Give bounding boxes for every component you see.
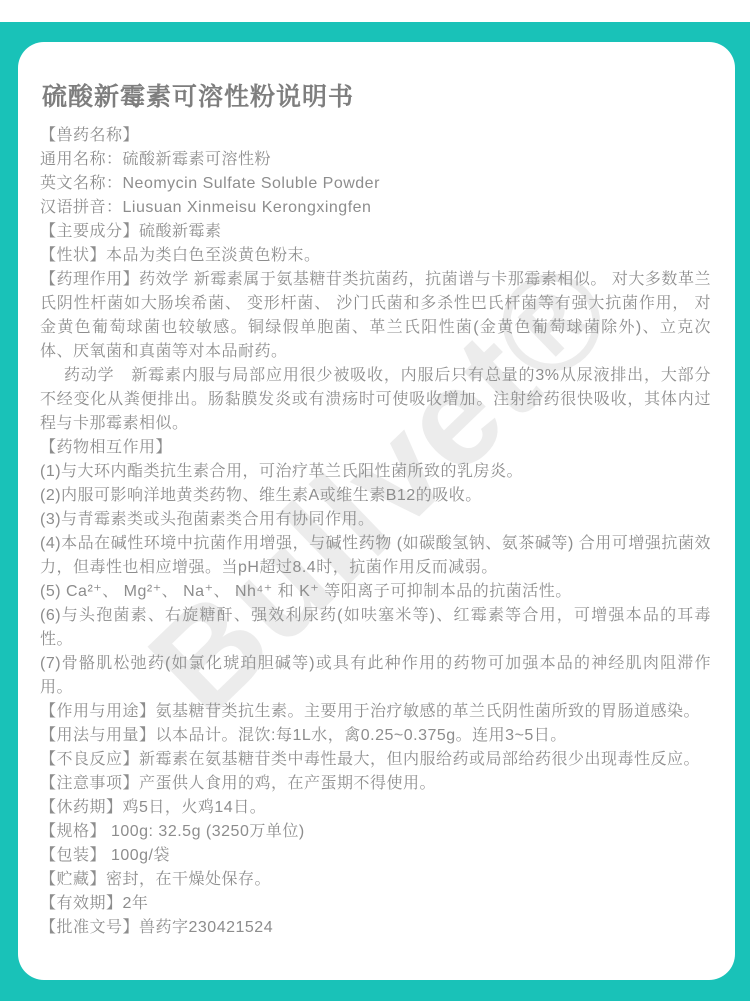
doc-line-interaction-7: (7)骨骼肌松弛药(如氯化琥珀胆碱等)或具有此种作用的药物可加强本品的神经肌肉阻… (40, 652, 711, 700)
page-title: 硫酸新霉素可溶性粉说明书 (42, 82, 711, 112)
instruction-card: Bullvet® 硫酸新霉素可溶性粉说明书 【兽药名称】 通用名称：硫酸新霉素可… (18, 42, 735, 980)
doc-line-withdrawal-period: 【休药期】鸡5日，火鸡14日。 (40, 796, 711, 820)
doc-line-pharmacokinetics: 药动学 新霉素内服与局部应用很少被吸收，内服后只有总量的3%从尿液排出，大部分不… (40, 364, 711, 436)
doc-line-character: 【性状】本品为类白色至淡黄色粉末。 (40, 244, 711, 268)
doc-line-generic-name: 通用名称：硫酸新霉素可溶性粉 (40, 148, 711, 172)
doc-line-packaging: 【包装】 100g/袋 (40, 844, 711, 868)
doc-line-interaction-3: (3)与青霉素类或头孢菌素类合用有协同作用。 (40, 508, 711, 532)
doc-line-interaction-1: (1)与大环内酯类抗生素合用，可治疗革兰氏阳性菌所致的乳房炎。 (40, 460, 711, 484)
doc-line-interaction-5: (5) Ca²⁺、 Mg²⁺、 Na⁺、 Nh⁴⁺ 和 K⁺ 等阳离子可抑制本品… (40, 580, 711, 604)
doc-line-interaction-header: 【药物相互作用】 (40, 436, 711, 460)
doc-line-drug-name-header: 【兽药名称】 (40, 124, 711, 148)
document-content: 硫酸新霉素可溶性粉说明书 【兽药名称】 通用名称：硫酸新霉素可溶性粉 英文名称：… (18, 42, 735, 940)
doc-line-english-name: 英文名称：Neomycin Sulfate Soluble Powder (40, 172, 711, 196)
doc-line-interaction-6: (6)与头孢菌素、右旋糖酐、强效利尿药(如呋塞米等)、红霉素等合用，可增强本品的… (40, 604, 711, 652)
doc-line-dosage: 【用法与用量】以本品计。混饮:每1L水，禽0.25~0.375g。连用3~5日。 (40, 724, 711, 748)
doc-line-interaction-4: (4)本品在碱性环境中抗菌作用增强，与碱性药物 (如碳酸氢钠、氨茶碱等) 合用可… (40, 532, 711, 580)
doc-line-adverse-reactions: 【不良反应】新霉素在氨基糖苷类中毒性最大，但内服给药或局部给药很少出现毒性反应。 (40, 748, 711, 772)
doc-line-pinyin: 汉语拼音：Liusuan Xinmeisu Kerongxingfen (40, 196, 711, 220)
page: Bullvet® 硫酸新霉素可溶性粉说明书 【兽药名称】 通用名称：硫酸新霉素可… (0, 0, 750, 1001)
doc-line-specification: 【规格】 100g: 32.5g (3250万单位) (40, 820, 711, 844)
doc-line-approval-number: 【批准文号】兽药字230421524 (40, 916, 711, 940)
doc-line-pharmacology: 【药理作用】药效学 新霉素属于氨基糖苷类抗菌药，抗菌谱与卡那霉素相似。 对大多数… (40, 268, 711, 364)
doc-line-validity: 【有效期】2年 (40, 892, 711, 916)
doc-line-main-ingredient: 【主要成分】硫酸新霉素 (40, 220, 711, 244)
doc-line-indications: 【作用与用途】氨基糖苷类抗生素。主要用于治疗敏感的革兰氏阴性菌所致的胃肠道感染。 (40, 700, 711, 724)
doc-line-precautions: 【注意事项】产蛋供人食用的鸡，在产蛋期不得使用。 (40, 772, 711, 796)
doc-line-interaction-2: (2)内服可影响洋地黄类药物、维生素A或维生素B12的吸收。 (40, 484, 711, 508)
doc-line-storage: 【贮藏】密封，在干燥处保存。 (40, 868, 711, 892)
